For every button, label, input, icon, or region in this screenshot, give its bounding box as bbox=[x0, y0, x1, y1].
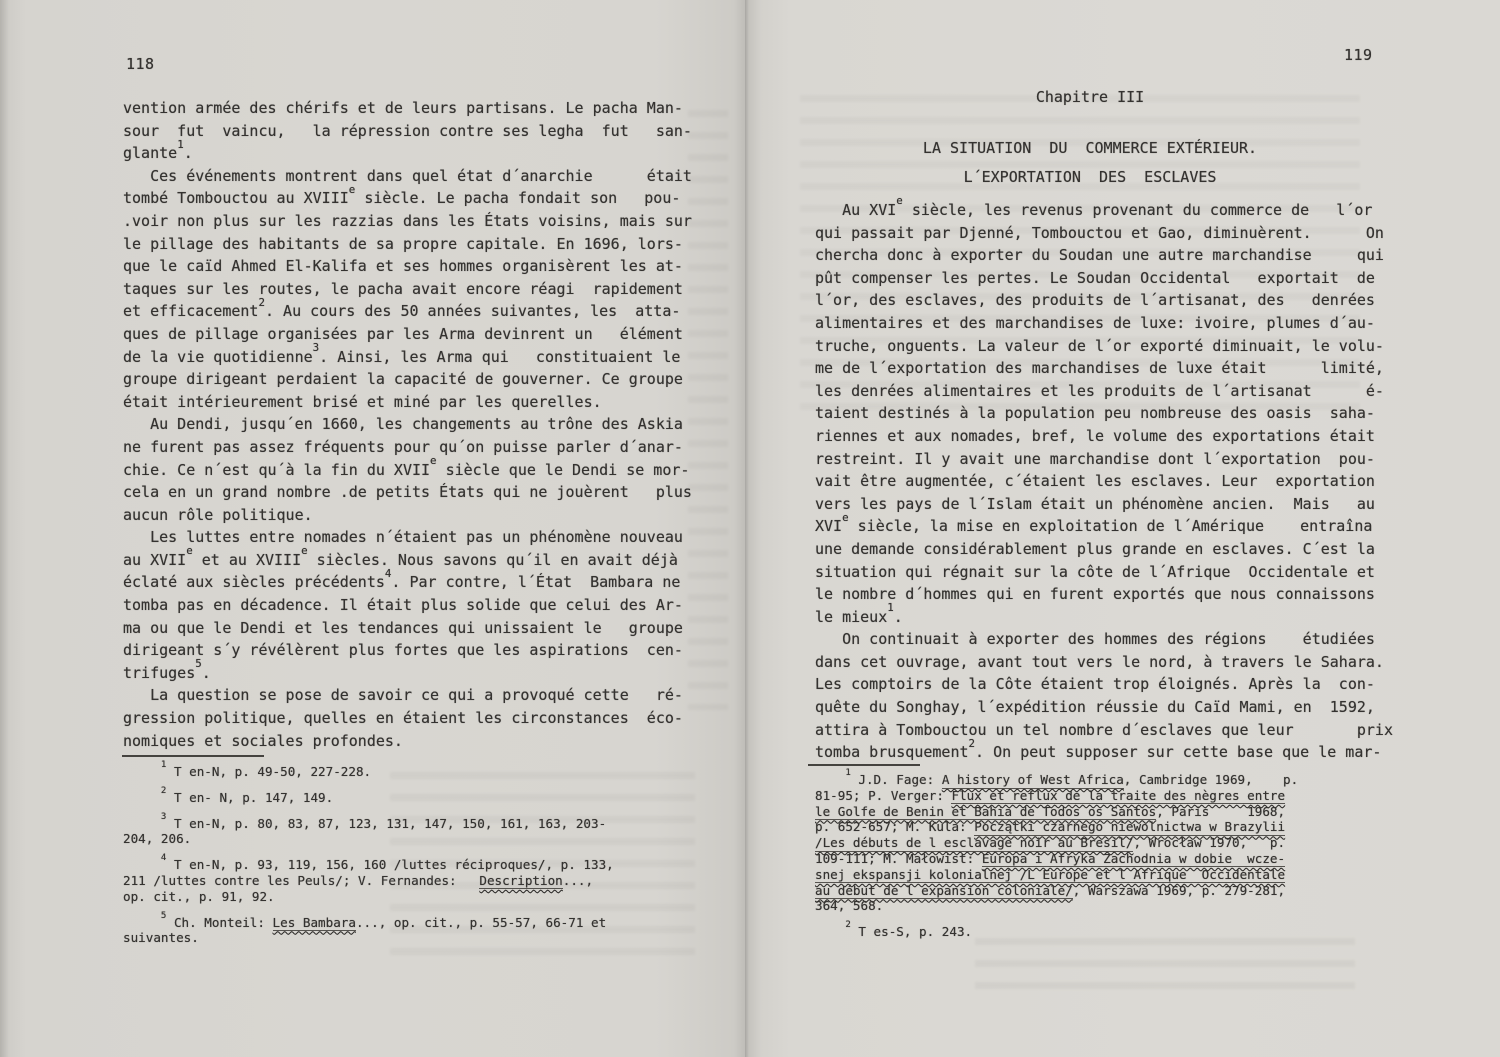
text-line: La question se pose de savoir ce qui a p… bbox=[123, 684, 708, 707]
text-line: 81-95; P. Verger: Flux et reflux de la t… bbox=[815, 788, 1415, 804]
footnotes: 1 J.D. Fage: A history of West Africa, C… bbox=[815, 772, 1415, 940]
text-line: Les luttes entre nomades n´étaient pas u… bbox=[123, 526, 708, 549]
text-line: cela en un grand nombre .de petits États… bbox=[123, 481, 708, 504]
underlined-title: Description bbox=[479, 873, 562, 890]
text-line: 204, 206. bbox=[123, 831, 723, 847]
text-line: op. cit., p. 91, 92. bbox=[123, 889, 723, 905]
text-line: .voir non plus sur les razzias dans les … bbox=[123, 210, 708, 233]
text-line: ne furent pas assez fréquents pour qu´on… bbox=[123, 436, 708, 459]
footnote-rule bbox=[808, 764, 920, 766]
footnote-marker: 5 bbox=[195, 657, 202, 670]
text-line: tomba pas en décadence. Il était plus so… bbox=[123, 594, 708, 617]
footnote-marker: 4 bbox=[385, 567, 392, 580]
text-line: était intérieurement brisé et miné par l… bbox=[123, 391, 708, 414]
text-line: taques sur les routes, le pacha avait en… bbox=[123, 278, 708, 301]
text-line: 2 T en- N, p. 147, 149. bbox=[123, 790, 723, 806]
text-line: On continuait à exporter des hommes des … bbox=[815, 628, 1400, 651]
text-line: 1 T en-N, p. 49-50, 227-228. bbox=[123, 764, 723, 780]
underlined-title: Początki czarnego niewolnictwa w Brazyli… bbox=[974, 819, 1285, 836]
text-line: truche, onguents. La valeur de l´or expo… bbox=[815, 335, 1400, 358]
underlined-title: /Les débuts de l esclavage noir au Bresi… bbox=[815, 835, 1133, 852]
footnote-marker: 3 bbox=[161, 812, 166, 822]
text-line: le pillage des habitants de sa propre ca… bbox=[123, 233, 708, 256]
text-line: LA SITUATION DU COMMERCE EXTÉRIEUR. bbox=[805, 134, 1375, 163]
text-line: groupe dirigeant perdaient la capacité d… bbox=[123, 368, 708, 391]
text-line: et efficacement2. Au cours des 50 années… bbox=[123, 300, 708, 323]
footnote: 1 J.D. Fage: A history of West Africa, C… bbox=[815, 772, 1415, 914]
ghost-bleedthrough bbox=[975, 938, 1355, 990]
text-line: chercha donc à exporter du Soudan une au… bbox=[815, 244, 1400, 267]
footnote-marker: 2 bbox=[258, 296, 265, 309]
footnote-marker: e bbox=[301, 544, 308, 557]
footnote-marker: 1 bbox=[887, 601, 894, 614]
text-line: Les comptoirs de la Côte étaient trop él… bbox=[815, 673, 1400, 696]
text-line: trifuges5. bbox=[123, 662, 708, 685]
text-line: qui passait par Djenné, Tombouctou et Ga… bbox=[815, 222, 1400, 245]
underlined-title: Les Bambara bbox=[273, 915, 356, 932]
text-line: snej ekspansji kolonialnej /L Europe et … bbox=[815, 867, 1415, 883]
text-line: 109-111; M. Małowist: Europa i Afryka Za… bbox=[815, 851, 1415, 867]
text-line: suivantes. bbox=[123, 930, 723, 946]
footnote: 5 Ch. Monteil: Les Bambara..., op. cit.,… bbox=[123, 915, 723, 947]
text-line: 3 T en-N, p. 80, 83, 87, 123, 131, 147, … bbox=[123, 816, 723, 832]
footnote-marker: 2 bbox=[161, 786, 166, 796]
text-line: pût compenser les pertes. Le Soudan Occi… bbox=[815, 267, 1400, 290]
text-line: nomiques et sociales profondes. bbox=[123, 730, 708, 753]
text-line: 4 T en-N, p. 93, 119, 156, 160 /luttes r… bbox=[123, 857, 723, 873]
text-line: situation qui régnait sur la côte de l´A… bbox=[815, 561, 1400, 584]
text-line: 211 /luttes contre les Peuls/; V. Fernan… bbox=[123, 873, 723, 889]
section-heading: LA SITUATION DU COMMERCE EXTÉRIEUR.L´EXP… bbox=[805, 134, 1375, 192]
text-line: gression politique, quelles en étaient l… bbox=[123, 707, 708, 730]
text-line: Au XVIe siècle, les revenus provenant du… bbox=[815, 199, 1400, 222]
footnote-rule bbox=[122, 755, 264, 757]
text-line: alimentaires et des marchandises de luxe… bbox=[815, 312, 1400, 335]
text-line: ques de pillage organisées par les Arma … bbox=[123, 323, 708, 346]
text-line: les denrées alimentaires et les produits… bbox=[815, 380, 1400, 403]
text-line: l´or, des esclaves, des produits de l´ar… bbox=[815, 289, 1400, 312]
text-line: 2 T es-S, p. 243. bbox=[815, 924, 1415, 940]
footnote-marker: 2 bbox=[969, 737, 976, 750]
footnote-marker: e bbox=[186, 544, 193, 557]
text-line: au début de l expansion coloniale/, Wars… bbox=[815, 883, 1415, 899]
text-line: Ces événements montrent dans quel état d… bbox=[123, 165, 708, 188]
footnote-marker: e bbox=[896, 194, 903, 207]
text-line: 1 J.D. Fage: A history of West Africa, C… bbox=[815, 772, 1415, 788]
text-line: au XVIIe et au XVIIIe siècles. Nous savo… bbox=[123, 549, 708, 572]
underlined-title: Flux et reflux de la traite des nègres e… bbox=[951, 788, 1285, 805]
underlined-title: Europa i Afryka Zachodnia w dobie wcze- bbox=[982, 851, 1285, 868]
page-number-right: 119 bbox=[1344, 46, 1373, 64]
text-line: taient destinés à la population peu nomb… bbox=[815, 402, 1400, 425]
text-line: tomba brusquement2. On peut supposer sur… bbox=[815, 741, 1400, 764]
page-body-text: vention armée des chérifs et de leurs pa… bbox=[123, 97, 708, 752]
text-line: éclaté aux siècles précédents4. Par cont… bbox=[123, 571, 708, 594]
text-line: vention armée des chérifs et de leurs pa… bbox=[123, 97, 708, 120]
text-line: XVIe siècle, la mise en exploitation de … bbox=[815, 515, 1400, 538]
footnote-marker: 3 bbox=[313, 341, 320, 354]
text-line: dans cet ouvrage, avant tout vers le nor… bbox=[815, 651, 1400, 674]
page-number-left: 118 bbox=[126, 55, 155, 73]
footnote: 2 T en- N, p. 147, 149. bbox=[123, 790, 723, 806]
text-line: aucun rôle politique. bbox=[123, 504, 708, 527]
footnote-marker: 5 bbox=[161, 911, 166, 921]
text-line: ma ou que le Dendi et les tendances qui … bbox=[123, 617, 708, 640]
text-line: vers les pays de l´Islam était un phénom… bbox=[815, 493, 1400, 516]
text-line: glante1. bbox=[123, 142, 708, 165]
underlined-title: le Golfe de Benin et Bahia de Todos os S… bbox=[815, 804, 1156, 821]
footnotes: 1 T en-N, p. 49-50, 227-228. 2 T en- N, … bbox=[123, 764, 723, 946]
text-line: vait être augmentée, c´étaient les escla… bbox=[815, 470, 1400, 493]
footnote: 4 T en-N, p. 93, 119, 156, 160 /luttes r… bbox=[123, 857, 723, 904]
text-line: L´EXPORTATION DES ESCLAVES bbox=[805, 163, 1375, 192]
text-line: tombé Tombouctou au XVIIIe siècle. Le pa… bbox=[123, 187, 708, 210]
underlined-title: A history of West Africa bbox=[942, 772, 1124, 789]
book-spread: 118 vention armée des chérifs et de leur… bbox=[0, 0, 1500, 1057]
text-line: de la vie quotidienne3. Ainsi, les Arma … bbox=[123, 346, 708, 369]
text-line: quête du Songhay, l´expédition réussie d… bbox=[815, 696, 1400, 719]
page-119: 119 Chapitre III LA SITUATION DU COMMERC… bbox=[745, 0, 1500, 1057]
footnote: 3 T en-N, p. 80, 83, 87, 123, 131, 147, … bbox=[123, 816, 723, 848]
text-line: riennes et aux nomades, bref, le volume … bbox=[815, 425, 1400, 448]
text-line: 5 Ch. Monteil: Les Bambara..., op. cit.,… bbox=[123, 915, 723, 931]
footnote-marker: 2 bbox=[845, 920, 850, 930]
footnote-marker: 1 bbox=[177, 138, 184, 151]
text-line: dirigeant s´y révélèrent plus fortes que… bbox=[123, 639, 708, 662]
footnote-marker: e bbox=[842, 511, 849, 524]
text-line: que le caïd Ahmed El-Kalifa et ses homme… bbox=[123, 255, 708, 278]
text-line: chie. Ce n´est qu´à la fin du XVIIe sièc… bbox=[123, 459, 708, 482]
text-line: le mieux1. bbox=[815, 606, 1400, 629]
text-line: une demande considérablement plus grande… bbox=[815, 538, 1400, 561]
footnote-marker: e bbox=[430, 454, 437, 467]
text-line: me de l´exportation des marchandises de … bbox=[815, 357, 1400, 380]
text-line: Au Dendi, jusqu´en 1660, les changements… bbox=[123, 413, 708, 436]
footnote: 1 T en-N, p. 49-50, 227-228. bbox=[123, 764, 723, 780]
text-line: /Les débuts de l esclavage noir au Bresi… bbox=[815, 835, 1415, 851]
text-line: p. 652-657; M. Kula: Początki czarnego n… bbox=[815, 819, 1415, 835]
footnote-marker: 1 bbox=[161, 760, 166, 770]
footnote: 2 T es-S, p. 243. bbox=[815, 924, 1415, 940]
text-line: attira à Tombouctou un tel nombre d´escl… bbox=[815, 719, 1400, 742]
footnote-marker: 1 bbox=[845, 768, 850, 778]
footnote-marker: 4 bbox=[161, 853, 166, 863]
text-line: le nombre d´hommes qui en furent exporté… bbox=[815, 583, 1400, 606]
text-line: sour fut vaincu, la répression contre se… bbox=[123, 120, 708, 143]
page-118: 118 vention armée des chérifs et de leur… bbox=[0, 0, 745, 1057]
underlined-title: snej ekspansji kolonialnej /L Europe et … bbox=[815, 867, 1285, 884]
page-body-text: Au XVIe siècle, les revenus provenant du… bbox=[815, 199, 1400, 764]
text-line: restreint. Il y avait une marchandise do… bbox=[815, 448, 1400, 471]
underlined-title: au début de l expansion coloniale/ bbox=[815, 883, 1073, 900]
chapter-heading: Chapitre III bbox=[805, 88, 1375, 106]
footnote-marker: e bbox=[349, 183, 356, 196]
text-line: le Golfe de Benin et Bahia de Todos os S… bbox=[815, 804, 1415, 820]
text-line: 364, 568. bbox=[815, 898, 1415, 914]
